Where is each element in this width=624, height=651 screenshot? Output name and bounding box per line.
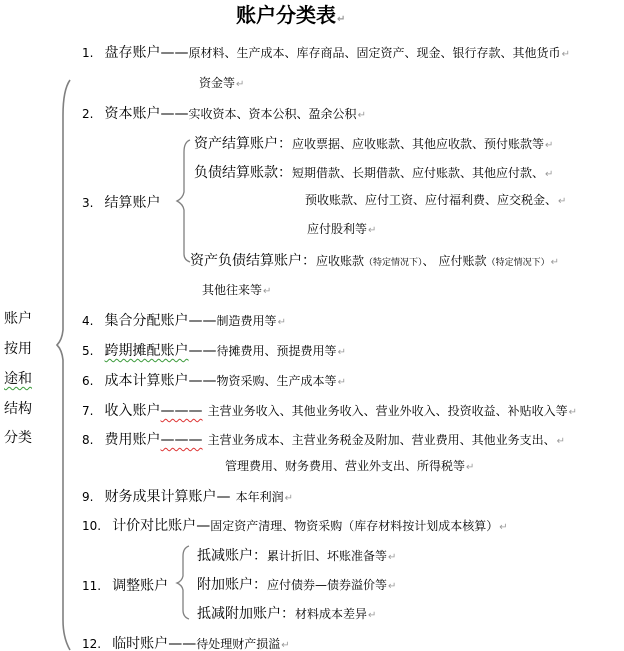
paragraph-mark-icon: ↵ <box>545 169 553 180</box>
paragraph-mark-icon: ↵ <box>285 493 293 504</box>
paragraph-mark-icon: ↵ <box>236 79 244 90</box>
paragraph-mark-icon: ↵ <box>338 377 346 388</box>
item-3-sub-2-cont1: 预收账款、应付工资、应付福利费、应交税金、↵ <box>305 194 566 207</box>
item-3-sub-3: 资产负债结算账户：应收账款（特定情况下）、应付账款（特定情况下）↵ <box>190 252 559 268</box>
item-content: 物资采购、生产成本等 <box>217 374 337 388</box>
paragraph-mark-icon: ↵ <box>358 110 366 121</box>
item-number: 12. <box>82 637 101 651</box>
sub-content-cont: 其他往来等 <box>202 283 262 297</box>
item-content: 待处理财产损溢 <box>196 637 280 651</box>
item-3-sub-2-cont2: 应付股利等↵ <box>307 223 376 236</box>
sub-label: 附加账户： <box>197 577 267 593</box>
sub-label: 负债结算账款： <box>194 165 292 181</box>
item-dash: —— <box>168 636 196 651</box>
paragraph-mark-icon: ↵ <box>388 581 396 592</box>
sub-content: 短期借款、长期借款、应付账款、其他应付款、 <box>292 166 544 180</box>
sub-label: 抵减账户： <box>197 548 267 564</box>
sub-content: 应收票据、应收账款、其他应收款、预付账款等 <box>292 137 544 151</box>
paragraph-mark-icon: ↵ <box>281 640 289 651</box>
sub-label: 抵减附加账户： <box>197 606 295 622</box>
sub-note: （特定情况下） <box>487 258 550 268</box>
paragraph-mark-icon: ↵ <box>368 610 376 621</box>
item-3-sub-1: 资产结算账户：应收票据、应收账款、其他应收款、预付账款等↵ <box>194 135 553 151</box>
paragraph-mark-icon: ↵ <box>545 140 553 151</box>
item-8-cont: 管理费用、财务费用、营业外支出、所得税等↵ <box>225 460 474 473</box>
item-content: 固定资产清理、物资采购（库存材料按计划成本核算） <box>210 519 498 533</box>
adjustment-brace-icon <box>0 0 200 651</box>
item-name: 临时账户 <box>112 636 168 651</box>
item-content: 待摊费用、预提费用等 <box>217 344 337 358</box>
item-content-cont: 资金等 <box>199 76 235 90</box>
item-content: 制造费用等 <box>217 314 277 328</box>
item-3-sub-2: 负债结算账款：短期借款、长期借款、应付账款、其他应付款、↵ <box>194 164 553 180</box>
sub-content: 应付账款 <box>439 254 487 268</box>
paragraph-mark-icon: ↵ <box>368 225 376 236</box>
sub-label: 资产结算账户： <box>194 136 292 152</box>
sub-content-cont: 应付股利等 <box>307 222 367 236</box>
paragraph-mark-icon: ↵ <box>569 407 577 418</box>
sub-content: 应付债券—债券溢价等 <box>267 578 387 592</box>
title-text: 账户分类表 <box>236 3 336 27</box>
paragraph-mark-icon: ↵ <box>337 14 345 25</box>
item-content: 实收资本、资本公积、盈余公积 <box>189 107 357 121</box>
sub-content: 材料成本差异 <box>295 607 367 621</box>
paragraph-mark-icon: ↵ <box>551 257 559 268</box>
item-11-sub-1: 抵减账户：累计折旧、坏账准备等↵ <box>197 547 396 563</box>
separator: 、 <box>423 254 435 268</box>
item-11-sub-3: 抵减附加账户：材料成本差异↵ <box>197 605 376 621</box>
item-content: 主营业务收入、其他业务收入、营业外收入、投资收益、补贴收入等 <box>208 404 568 418</box>
paragraph-mark-icon: ↵ <box>388 552 396 563</box>
item-dash: — <box>217 489 231 505</box>
item-content: 主营业务成本、主营业务税金及附加、营业费用、其他业务支出、 <box>208 433 556 447</box>
paragraph-mark-icon: ↵ <box>558 196 566 207</box>
item-1-cont: 资金等↵ <box>199 77 244 90</box>
item-3-sub-3-cont: 其他往来等↵ <box>202 284 271 297</box>
paragraph-mark-icon: ↵ <box>557 436 565 447</box>
item-12: 12. 临时账户——待处理财产损溢↵ <box>82 635 290 651</box>
item-content: 本年利润 <box>236 490 284 504</box>
sub-content: 累计折旧、坏账准备等 <box>267 549 387 563</box>
sub-label: 资产负债结算账户： <box>190 253 316 269</box>
item-content: 原材料、生产成本、库存商品、固定资产、现金、银行存款、其他货币 <box>189 46 561 60</box>
page-title: 账户分类表↵ <box>236 5 345 25</box>
paragraph-mark-icon: ↵ <box>562 49 570 60</box>
paragraph-mark-icon: ↵ <box>263 286 271 297</box>
paragraph-mark-icon: ↵ <box>499 522 507 533</box>
sub-content-cont: 预收账款、应付工资、应付福利费、应交税金、 <box>305 193 557 207</box>
item-content-cont: 管理费用、财务费用、营业外支出、所得税等 <box>225 459 465 473</box>
paragraph-mark-icon: ↵ <box>466 462 474 473</box>
sub-note: （特定情况下） <box>364 258 423 268</box>
paragraph-mark-icon: ↵ <box>278 317 286 328</box>
paragraph-mark-icon: ↵ <box>338 347 346 358</box>
item-11-sub-2: 附加账户：应付债券—债券溢价等↵ <box>197 576 396 592</box>
sub-content: 应收账款 <box>316 254 364 268</box>
